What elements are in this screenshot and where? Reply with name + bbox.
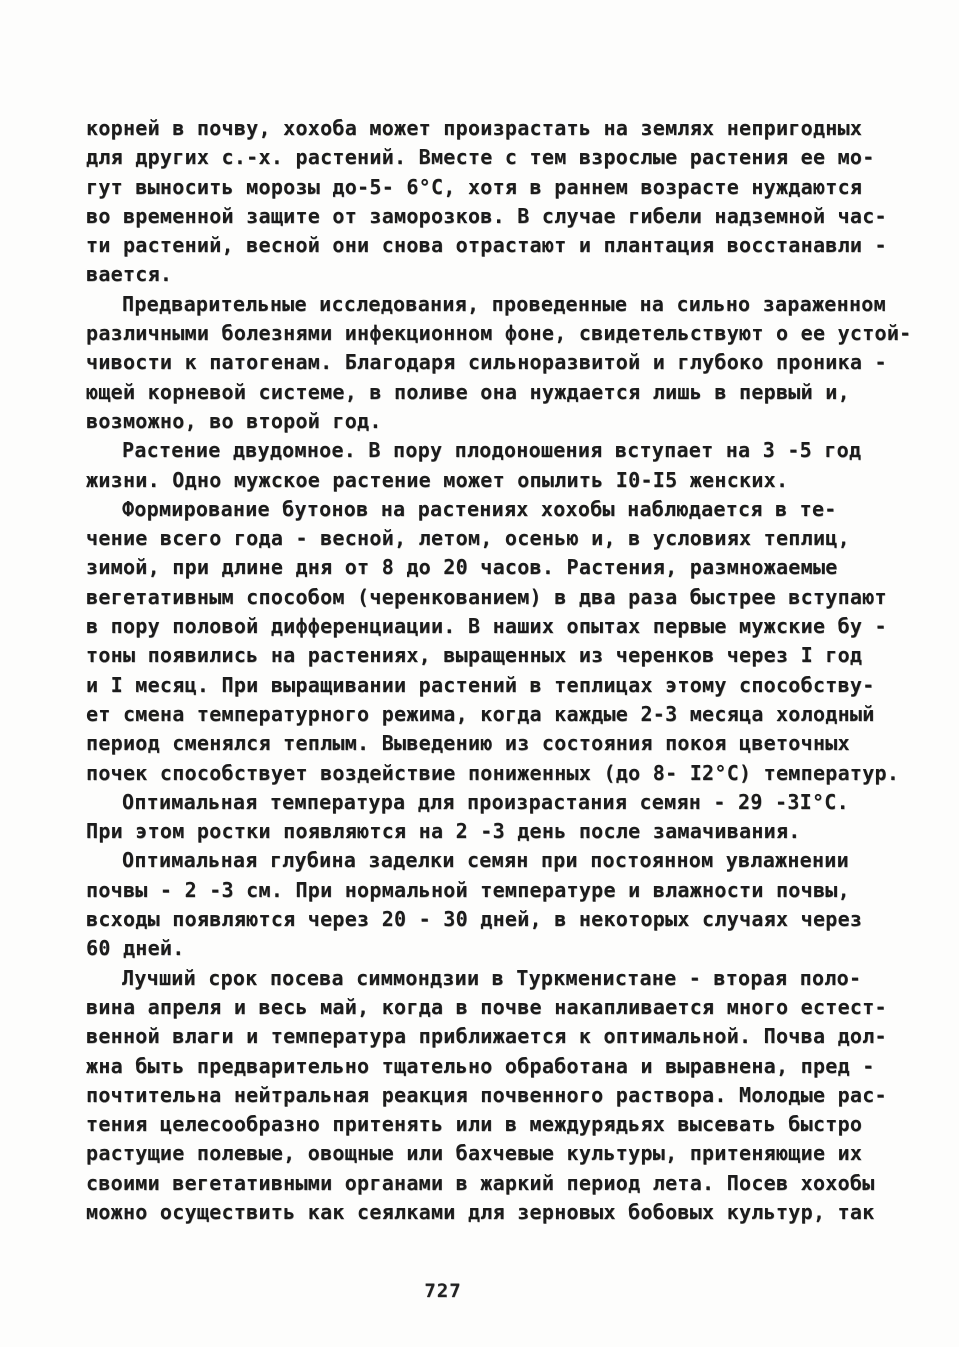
text-line: чивости к патогенам. Благодаря сильнораз… [86,348,890,377]
paragraph: Растение двудомное. В пору плодоношения … [86,436,890,495]
text-line: и I месяц. При выращивании растений в те… [86,671,890,700]
text-line: вается. [86,260,890,289]
paragraph: Оптимальная температура для произрастани… [86,788,890,847]
scanned-page: корней в почву, хохоба может произрастат… [0,0,959,1347]
text-line: Лучший срок посева симмондзии в Туркмени… [86,964,890,993]
text-line: ющей корневой системе, в поливе она нужд… [86,378,890,407]
text-line: во временной защите от заморозков. В слу… [86,202,890,231]
text-line: зимой, при длине дня от 8 до 20 часов. Р… [86,553,890,582]
text-line: тоны появились на растениях, выращенных … [86,641,890,670]
text-line: возможно, во второй год. [86,407,890,436]
paragraph: корней в почву, хохоба может произрастат… [86,114,890,290]
text-line: растущие полевые, овощные или бахчевые к… [86,1139,890,1168]
text-line: почвы - 2 -3 см. При нормальной температ… [86,876,890,905]
text-line: жизни. Одно мужское растение может опыли… [86,466,890,495]
paragraph: Оптимальная глубина заделки семян при по… [86,846,890,963]
text-line: гут выносить морозы до-5- 6°С, хотя в ра… [86,173,890,202]
text-line: вина апреля и весь май, когда в почве на… [86,993,890,1022]
text-block: корней в почву, хохоба может произрастат… [86,114,890,1227]
text-line: ти растений, весной они снова отрастают … [86,231,890,260]
text-line: почтительна нейтральная реакция почвенно… [86,1081,890,1110]
text-line: вегетативным способом (черенкованием) в … [86,583,890,612]
text-line: Оптимальная температура для произрастани… [86,788,890,817]
text-line: почек способствует воздействие пониженны… [86,759,890,788]
text-line: корней в почву, хохоба может произрастат… [86,114,890,143]
text-line: При этом ростки появляются на 2 -3 день … [86,817,890,846]
text-line: Предварительные исследования, проведенны… [86,290,890,319]
paragraph: Лучший срок посева симмондзии в Туркмени… [86,964,890,1228]
text-line: период сменялся теплым. Выведению из сос… [86,729,890,758]
text-line: Оптимальная глубина заделки семян при по… [86,846,890,875]
text-line: можно осуществить как сеялками для зерно… [86,1198,890,1227]
paragraph: Предварительные исследования, проведенны… [86,290,890,436]
text-line: венной влаги и температура приближается … [86,1022,890,1051]
page-number: 727 [48,1280,838,1302]
text-line: чение всего года - весной, летом, осенью… [86,524,890,553]
text-line: Растение двудомное. В пору плодоношения … [86,436,890,465]
text-line: ет смена температурного режима, когда ка… [86,700,890,729]
text-line: Формирование бутонов на растениях хохобы… [86,495,890,524]
text-line: 60 дней. [86,934,890,963]
text-line: жна быть предварительно тщательно обрабо… [86,1052,890,1081]
text-line: для других с.-х. растений. Вместе с тем … [86,143,890,172]
text-line: всходы появляются через 20 - 30 дней, в … [86,905,890,934]
text-line: тения целесообразно притенять или в межд… [86,1110,890,1139]
text-line: в пору половой дифференциации. В наших о… [86,612,890,641]
text-line: своими вегетативными органами в жаркий п… [86,1169,890,1198]
paragraph: Формирование бутонов на растениях хохобы… [86,495,890,788]
text-line: различными болезнями инфекционном фоне, … [86,319,890,348]
